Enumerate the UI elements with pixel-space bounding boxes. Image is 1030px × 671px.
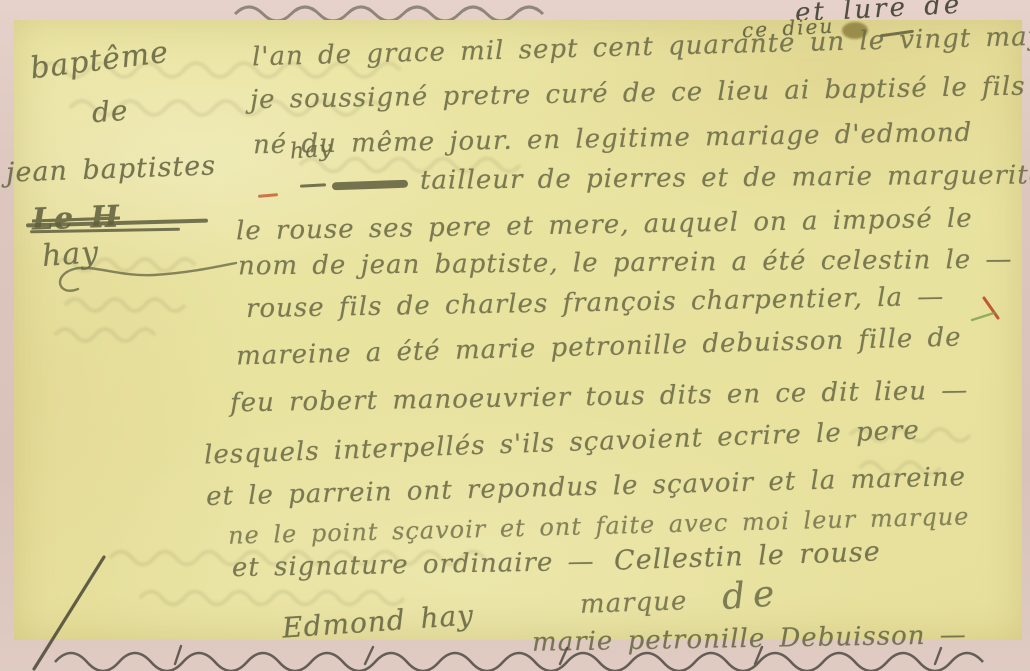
cut-off-script-fragment (55, 644, 1015, 671)
cut-off-script-fragment (235, 2, 575, 18)
margin-jean-baptistes: jean baptistes (6, 152, 217, 186)
body-line: nom de jean baptiste, le parrein a été c… (238, 247, 1013, 280)
body-line: et signature ordinaire — (232, 549, 595, 581)
margin-de: de (91, 97, 129, 127)
marque-de-flourish: de (721, 576, 784, 616)
bottom-strip-next-entry (0, 640, 1030, 671)
top-strip-previous-entry: et lure de (0, 0, 1030, 20)
marque-label: marque (580, 588, 688, 618)
body-line: tailleur de pierres et de marie margueri… (420, 162, 1030, 193)
red-check-mark (968, 296, 1008, 338)
scanned-register-page: et lure de baptême de jean baptistes hay… (0, 0, 1030, 671)
margin-flourish (58, 255, 238, 295)
